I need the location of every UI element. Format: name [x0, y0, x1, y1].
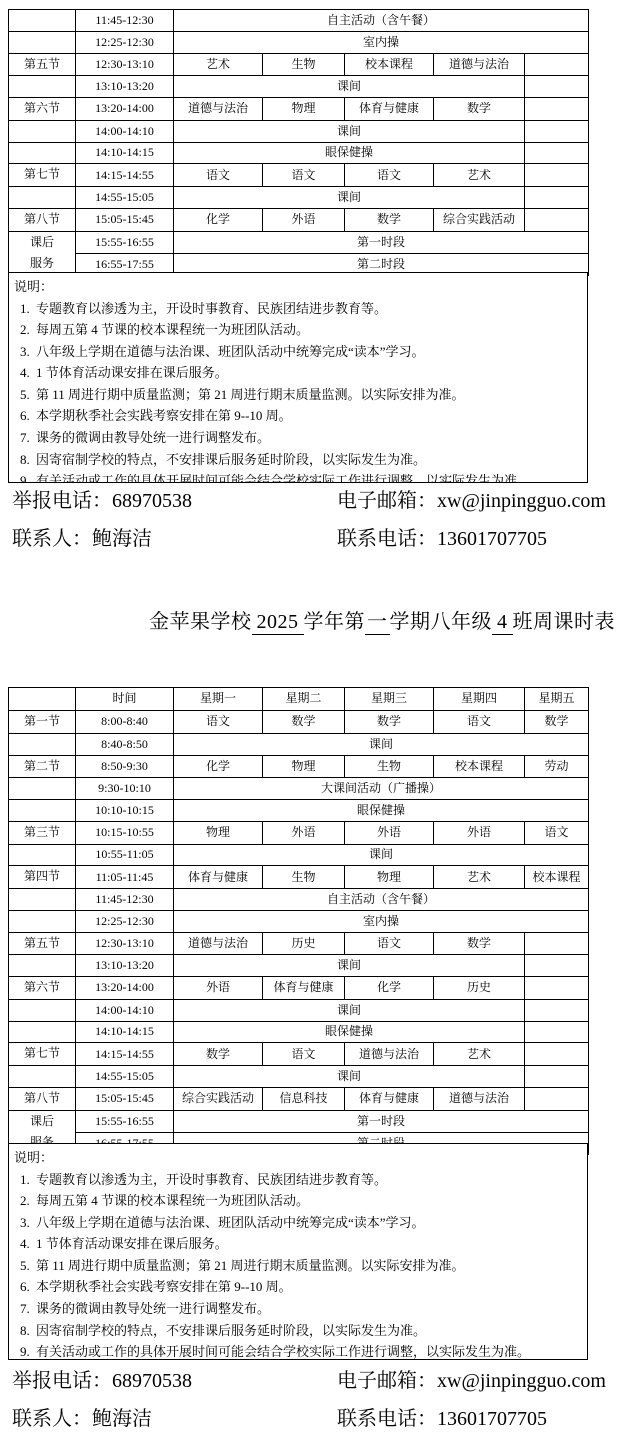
subject-cell: 校本课程 — [345, 53, 434, 76]
contact-block-top: 举报电话：68970538 电子邮箱：xw@jinpingguo.com 联系人… — [12, 490, 632, 566]
empty-cell — [525, 999, 589, 1021]
table-row: 12:25-12:30室内操 — [9, 910, 589, 932]
email-label: 电子邮箱： — [337, 490, 437, 512]
period-cell — [9, 999, 76, 1021]
contact-person: 联系人：鲍海洁 — [12, 1408, 152, 1430]
subject-cell: 数学 — [263, 711, 345, 734]
period-cell — [9, 1066, 76, 1088]
time-cell: 8:00-8:40 — [76, 711, 174, 734]
time-cell: 8:40-8:50 — [76, 733, 174, 755]
period-cell: 第四节 — [9, 866, 76, 889]
note-text: 1 节体育活动课安排在课后服务。 — [36, 1236, 228, 1251]
period-cell — [9, 844, 76, 866]
note-text: 每周五第 4 节课的校本课程统一为班团队活动。 — [36, 322, 309, 337]
header-row: 时间星期一星期二星期三星期四星期五 — [9, 688, 589, 711]
table-row: 14:55-15:05课间 — [9, 1066, 589, 1088]
subject-cell: 艺术 — [174, 53, 263, 76]
note-text: 有关活动或工作的具体开展时间可能会结合学校实际工作进行调整，以实际发生为准。 — [36, 473, 530, 483]
time-cell: 14:55-15:05 — [76, 1066, 174, 1088]
day-header-cell: 星期四 — [434, 688, 525, 711]
subject-cell: 数学 — [174, 1043, 263, 1066]
subject-cell: 体育与健康 — [345, 1087, 434, 1110]
subject-cell: 外语 — [263, 821, 345, 844]
time-cell: 12:30-13:10 — [76, 53, 174, 76]
subject-cell: 语文 — [263, 1043, 345, 1066]
table-row: 第二节8:50-9:30化学物理生物校本课程劳动 — [9, 755, 589, 778]
notes-box-top: 说明：1.专题教育以渗透为主，开设时事教育、民族团结进步教育等。2.每周五第 4… — [8, 272, 588, 483]
table-row: 14:55-15:05课间 — [9, 187, 589, 209]
activity-cell: 课间 — [174, 999, 525, 1021]
note-item: 4.1 节体育活动课安排在课后服务。 — [9, 362, 587, 384]
subject-cell: 综合实践活动 — [174, 1087, 263, 1110]
activity-cell: 课间 — [174, 120, 525, 142]
empty-cell — [525, 977, 589, 1000]
title-mid1: 学年第 — [304, 611, 366, 633]
table-row: 第三节10:15-10:55物理外语外语外语语文 — [9, 821, 589, 844]
subject-cell: 道德与法治 — [174, 98, 263, 121]
note-item: 3.八年级上学期在道德与法治课、班团队活动中统筹完成“读本”学习。 — [9, 341, 587, 363]
phone-label: 联系电话： — [337, 1408, 437, 1430]
note-text: 本学期秋季社会实践考察安排在第 9--10 周。 — [36, 408, 292, 423]
time-cell: 13:20-14:00 — [76, 977, 174, 1000]
period-cell — [9, 955, 76, 977]
activity-cell: 课间 — [174, 955, 525, 977]
table-row: 第六节13:20-14:00外语体育与健康化学历史 — [9, 977, 589, 1000]
subject-cell: 化学 — [345, 977, 434, 1000]
table-row: 第五节12:30-13:10道德与法治历史语文数学 — [9, 932, 589, 955]
table-row: 10:55-11:05课间 — [9, 844, 589, 866]
day-header-cell: 星期一 — [174, 688, 263, 711]
contact-row: 联系人：鲍海洁 联系电话：13601707705 — [12, 1408, 632, 1430]
person-value: 鲍海洁 — [92, 528, 152, 550]
contact-person: 联系人：鲍海洁 — [12, 528, 152, 550]
report-phone: 举报电话：68970538 — [12, 1370, 192, 1392]
subject-cell: 体育与健康 — [174, 866, 263, 889]
note-number: 5. — [20, 1255, 36, 1277]
time-header-cell: 时间 — [76, 688, 174, 711]
period-cell: 第六节 — [9, 977, 76, 1000]
corner-cell — [9, 688, 76, 711]
subject-cell: 数学 — [345, 711, 434, 734]
table-row: 11:45-12:30自主活动（含午餐） — [9, 889, 589, 911]
period-cell: 第二节 — [9, 755, 76, 778]
subject-cell: 外语 — [434, 821, 525, 844]
table-row: 第四节11:05-11:45体育与健康生物物理艺术校本课程 — [9, 866, 589, 889]
subject-cell: 语文 — [434, 711, 525, 734]
table-row: 14:00-14:10课间 — [9, 120, 589, 142]
day-header-cell: 星期三 — [345, 688, 434, 711]
title-term: 一 — [365, 611, 390, 635]
note-number: 7. — [20, 427, 36, 449]
time-cell: 14:15-14:55 — [76, 1043, 174, 1066]
subject-cell: 数学 — [345, 208, 434, 231]
subject-cell: 历史 — [263, 932, 345, 955]
title-class-no: 4 — [492, 611, 513, 635]
note-number: 6. — [20, 1276, 36, 1298]
report-phone: 举报电话：68970538 — [12, 490, 192, 512]
notes-heading: 说明： — [14, 276, 587, 298]
subject-cell: 艺术 — [434, 1043, 525, 1066]
activity-cell: 课间 — [174, 844, 589, 866]
page-title: 金苹果学校2025学年第一学期八年级4班周课时表 — [149, 605, 615, 634]
subject-cell: 数学 — [525, 711, 589, 734]
contact-row: 举报电话：68970538 电子邮箱：xw@jinpingguo.com — [12, 490, 632, 512]
period-cell — [9, 800, 76, 822]
subject-cell: 艺术 — [434, 866, 525, 889]
activity-cell: 室内操 — [174, 910, 589, 932]
subject-cell: 道德与法治 — [174, 932, 263, 955]
subject-cell: 生物 — [263, 866, 345, 889]
table-row: 14:00-14:10课间 — [9, 999, 589, 1021]
activity-cell: 课间 — [174, 733, 589, 755]
subject-cell: 外语 — [345, 821, 434, 844]
table-row: 第八节15:05-15:45化学外语数学综合实践活动 — [9, 208, 589, 231]
subject-cell: 历史 — [434, 977, 525, 1000]
note-text: 因寄宿制学校的特点，不安排课后服务延时阶段，以实际发生为准。 — [36, 1323, 426, 1338]
day-header-cell: 星期二 — [263, 688, 345, 711]
time-cell: 11:05-11:45 — [76, 866, 174, 889]
note-number: 2. — [20, 319, 36, 341]
contact-phone: 联系电话：13601707705 — [337, 1408, 547, 1430]
email-label: 电子邮箱： — [337, 1370, 437, 1392]
note-text: 因寄宿制学校的特点，不安排课后服务延时阶段，以实际发生为准。 — [36, 452, 426, 467]
day-header-cell: 星期五 — [525, 688, 589, 711]
note-item: 7.课务的微调由教导处统一进行调整发布。 — [9, 427, 587, 449]
subject-cell: 物理 — [263, 755, 345, 778]
note-text: 专题教育以渗透为主，开设时事教育、民族团结进步教育等。 — [36, 301, 387, 316]
subject-cell: 道德与法治 — [434, 53, 525, 76]
note-number: 3. — [20, 1212, 36, 1234]
subject-cell: 综合实践活动 — [434, 208, 525, 231]
subject-cell: 数学 — [434, 98, 525, 121]
activity-cell: 课间 — [174, 1066, 525, 1088]
table-row: 课后服务15:55-16:55第一时段 — [9, 1110, 589, 1132]
table-row: 第五节12:30-13:10艺术生物校本课程道德与法治 — [9, 53, 589, 76]
note-number: 8. — [20, 449, 36, 471]
note-number: 7. — [20, 1298, 36, 1320]
contact-block-bottom: 举报电话：68970538 电子邮箱：xw@jinpingguo.com 联系人… — [12, 1370, 632, 1441]
note-number: 5. — [20, 384, 36, 406]
contact-row: 联系人：鲍海洁 联系电话：13601707705 — [12, 528, 632, 550]
note-item: 1.专题教育以渗透为主，开设时事教育、民族团结进步教育等。 — [9, 298, 587, 320]
activity-cell: 第一时段 — [174, 231, 589, 253]
person-label: 联系人： — [12, 1408, 92, 1430]
table-row: 12:25-12:30室内操 — [9, 31, 589, 53]
activity-cell: 眼保健操 — [174, 1021, 525, 1043]
subject-cell: 语文 — [525, 821, 589, 844]
time-cell: 15:55-16:55 — [76, 1110, 174, 1132]
activity-cell: 自主活动（含午餐） — [174, 10, 589, 32]
period-cell: 课后服务 — [9, 231, 76, 275]
time-cell: 15:05-15:45 — [76, 1087, 174, 1110]
time-cell: 12:25-12:30 — [76, 31, 174, 53]
empty-cell — [525, 76, 589, 98]
subject-cell: 语文 — [345, 932, 434, 955]
timetable-main: 时间星期一星期二星期三星期四星期五第一节8:00-8:40语文数学数学语文数学8… — [8, 687, 589, 1155]
note-item: 9.有关活动或工作的具体开展时间可能会结合学校实际工作进行调整，以实际发生为准。 — [9, 1341, 587, 1360]
period-cell: 第五节 — [9, 53, 76, 76]
empty-cell — [525, 955, 589, 977]
subject-cell: 信息科技 — [263, 1087, 345, 1110]
note-text: 课务的微调由教导处统一进行调整发布。 — [36, 430, 270, 445]
time-cell: 9:30-10:10 — [76, 778, 174, 800]
time-cell: 15:55-16:55 — [76, 231, 174, 253]
table-row: 9:30-10:10大课间活动（广播操） — [9, 778, 589, 800]
time-cell: 14:00-14:10 — [76, 120, 174, 142]
subject-cell: 数学 — [434, 932, 525, 955]
subject-cell: 语文 — [174, 711, 263, 734]
activity-cell: 大课间活动（广播操） — [174, 778, 589, 800]
note-text: 每周五第 4 节课的校本课程统一为班团队活动。 — [36, 1193, 309, 1208]
note-number: 2. — [20, 1190, 36, 1212]
subject-cell: 外语 — [174, 977, 263, 1000]
activity-cell: 课间 — [174, 76, 525, 98]
note-item: 9.有关活动或工作的具体开展时间可能会结合学校实际工作进行调整，以实际发生为准。 — [9, 470, 587, 483]
note-item: 3.八年级上学期在道德与法治课、班团队活动中统筹完成“读本”学习。 — [9, 1212, 587, 1234]
document-page: 11:45-12:30自主活动（含午餐）12:25-12:30室内操第五节12:… — [0, 0, 642, 1441]
period-cell: 第六节 — [9, 98, 76, 121]
subject-cell: 物理 — [263, 98, 345, 121]
report-phone-value: 68970538 — [112, 1370, 192, 1392]
note-number: 9. — [20, 1341, 36, 1360]
title-year: 2025 — [252, 611, 304, 635]
note-text: 课务的微调由教导处统一进行调整发布。 — [36, 1301, 270, 1316]
note-text: 八年级上学期在道德与法治课、班团队活动中统筹完成“读本”学习。 — [36, 344, 425, 359]
table-row: 第七节14:15-14:55数学语文道德与法治艺术 — [9, 1043, 589, 1066]
table-row: 第八节15:05-15:45综合实践活动信息科技体育与健康道德与法治 — [9, 1087, 589, 1110]
note-number: 1. — [20, 298, 36, 320]
note-item: 2.每周五第 4 节课的校本课程统一为班团队活动。 — [9, 319, 587, 341]
period-cell: 第七节 — [9, 1043, 76, 1066]
note-text: 第 11 周进行期中质量监测；第 21 周进行期末质量监测。以实际安排为准。 — [36, 1258, 465, 1273]
phone-label: 联系电话： — [337, 528, 437, 550]
subject-cell: 校本课程 — [434, 755, 525, 778]
activity-cell: 眼保健操 — [174, 800, 589, 822]
time-cell: 11:45-12:30 — [76, 889, 174, 911]
time-cell: 13:10-13:20 — [76, 76, 174, 98]
subject-cell: 道德与法治 — [434, 1087, 525, 1110]
subject-cell: 劳动 — [525, 755, 589, 778]
subject-cell: 体育与健康 — [345, 98, 434, 121]
report-phone-label: 举报电话： — [12, 490, 112, 512]
period-cell — [9, 778, 76, 800]
empty-cell — [525, 120, 589, 142]
subject-cell: 语文 — [345, 164, 434, 187]
note-item: 2.每周五第 4 节课的校本课程统一为班团队活动。 — [9, 1190, 587, 1212]
phone-value: 13601707705 — [437, 528, 547, 550]
empty-cell — [525, 1043, 589, 1066]
email-value: xw@jinpingguo.com — [437, 490, 606, 512]
table-row: 14:10-14:15眼保健操 — [9, 142, 589, 164]
period-cell: 第七节 — [9, 164, 76, 187]
time-cell: 14:15-14:55 — [76, 164, 174, 187]
empty-cell — [525, 187, 589, 209]
note-number: 4. — [20, 1233, 36, 1255]
subject-cell: 外语 — [263, 208, 345, 231]
period-cell: 第八节 — [9, 1087, 76, 1110]
note-number: 9. — [20, 470, 36, 483]
time-cell: 14:00-14:10 — [76, 999, 174, 1021]
subject-cell: 校本课程 — [525, 866, 589, 889]
contact-phone: 联系电话：13601707705 — [337, 528, 547, 550]
note-item: 6.本学期秋季社会实践考察安排在第 9--10 周。 — [9, 1276, 587, 1298]
title-prefix: 金苹果学校 — [149, 611, 252, 633]
period-cell — [9, 889, 76, 911]
period-cell: 第五节 — [9, 932, 76, 955]
email: 电子邮箱：xw@jinpingguo.com — [337, 1370, 606, 1392]
subject-cell: 语文 — [263, 164, 345, 187]
time-cell: 10:55-11:05 — [76, 844, 174, 866]
period-cell: 第一节 — [9, 711, 76, 734]
email: 电子邮箱：xw@jinpingguo.com — [337, 490, 606, 512]
title-mid2: 学期八年级 — [390, 611, 493, 633]
note-number: 3. — [20, 341, 36, 363]
time-cell: 12:25-12:30 — [76, 910, 174, 932]
time-cell: 13:20-14:00 — [76, 98, 174, 121]
empty-cell — [525, 208, 589, 231]
note-text: 本学期秋季社会实践考察安排在第 9--10 周。 — [36, 1279, 292, 1294]
subject-cell: 物理 — [174, 821, 263, 844]
table-row: 13:10-13:20课间 — [9, 76, 589, 98]
time-cell: 8:50-9:30 — [76, 755, 174, 778]
note-item: 8.因寄宿制学校的特点，不安排课后服务延时阶段，以实际发生为准。 — [9, 1320, 587, 1342]
empty-cell — [525, 164, 589, 187]
time-cell: 14:55-15:05 — [76, 187, 174, 209]
person-label: 联系人： — [12, 528, 92, 550]
subject-cell: 化学 — [174, 208, 263, 231]
table-row: 10:10-10:15眼保健操 — [9, 800, 589, 822]
period-cell — [9, 187, 76, 209]
email-value: xw@jinpingguo.com — [437, 1370, 606, 1392]
note-item: 8.因寄宿制学校的特点，不安排课后服务延时阶段，以实际发生为准。 — [9, 449, 587, 471]
empty-cell — [525, 1021, 589, 1043]
note-item: 5.第 11 周进行期中质量监测；第 21 周进行期末质量监测。以实际安排为准。 — [9, 384, 587, 406]
time-cell: 10:10-10:15 — [76, 800, 174, 822]
note-item: 5.第 11 周进行期中质量监测；第 21 周进行期末质量监测。以实际安排为准。 — [9, 1255, 587, 1277]
subject-cell: 语文 — [174, 164, 263, 187]
empty-cell — [525, 932, 589, 955]
period-cell — [9, 10, 76, 32]
table-row: 11:45-12:30自主活动（含午餐） — [9, 10, 589, 32]
note-text: 第 11 周进行期中质量监测；第 21 周进行期末质量监测。以实际安排为准。 — [36, 387, 465, 402]
table-row: 课后服务15:55-16:55第一时段 — [9, 231, 589, 253]
note-text: 专题教育以渗透为主，开设时事教育、民族团结进步教育等。 — [36, 1172, 387, 1187]
subject-cell: 物理 — [345, 866, 434, 889]
report-phone-value: 68970538 — [112, 490, 192, 512]
activity-cell: 眼保健操 — [174, 142, 525, 164]
phone-value: 13601707705 — [437, 1408, 547, 1430]
activity-cell: 室内操 — [174, 31, 589, 53]
notes-box-bottom: 说明：1.专题教育以渗透为主，开设时事教育、民族团结进步教育等。2.每周五第 4… — [8, 1143, 588, 1360]
period-cell — [9, 76, 76, 98]
table-row: 第六节13:20-14:00道德与法治物理体育与健康数学 — [9, 98, 589, 121]
empty-cell — [525, 53, 589, 76]
subject-cell: 化学 — [174, 755, 263, 778]
contact-row: 举报电话：68970538 电子邮箱：xw@jinpingguo.com — [12, 1370, 632, 1392]
note-item: 7.课务的微调由教导处统一进行调整发布。 — [9, 1298, 587, 1320]
subject-cell: 生物 — [263, 53, 345, 76]
table-row: 14:10-14:15眼保健操 — [9, 1021, 589, 1043]
time-cell: 12:30-13:10 — [76, 932, 174, 955]
person-value: 鲍海洁 — [92, 1408, 152, 1430]
subject-cell: 艺术 — [434, 164, 525, 187]
time-cell: 10:15-10:55 — [76, 821, 174, 844]
period-cell: 第三节 — [9, 821, 76, 844]
empty-cell — [525, 1066, 589, 1088]
period-cell — [9, 142, 76, 164]
period-cell — [9, 910, 76, 932]
period-cell: 第八节 — [9, 208, 76, 231]
time-cell: 13:10-13:20 — [76, 955, 174, 977]
activity-cell: 第一时段 — [174, 1110, 589, 1132]
period-cell — [9, 1021, 76, 1043]
table-row: 第七节14:15-14:55语文语文语文艺术 — [9, 164, 589, 187]
note-item: 1.专题教育以渗透为主，开设时事教育、民族团结进步教育等。 — [9, 1169, 587, 1191]
note-item: 6.本学期秋季社会实践考察安排在第 9--10 周。 — [9, 405, 587, 427]
subject-cell: 体育与健康 — [263, 977, 345, 1000]
time-cell: 15:05-15:45 — [76, 208, 174, 231]
note-text: 有关活动或工作的具体开展时间可能会结合学校实际工作进行调整，以实际发生为准。 — [36, 1344, 530, 1359]
period-cell — [9, 733, 76, 755]
title-suffix: 班周课时表 — [513, 611, 616, 633]
activity-cell: 自主活动（含午餐） — [174, 889, 589, 911]
period-cell — [9, 31, 76, 53]
note-text: 1 节体育活动课安排在课后服务。 — [36, 365, 228, 380]
note-item: 4.1 节体育活动课安排在课后服务。 — [9, 1233, 587, 1255]
subject-cell: 道德与法治 — [345, 1043, 434, 1066]
empty-cell — [525, 98, 589, 121]
table-row: 13:10-13:20课间 — [9, 955, 589, 977]
table-row: 8:40-8:50课间 — [9, 733, 589, 755]
note-number: 1. — [20, 1169, 36, 1191]
timetable-top-partial: 11:45-12:30自主活动（含午餐）12:25-12:30室内操第五节12:… — [8, 9, 589, 276]
time-cell: 11:45-12:30 — [76, 10, 174, 32]
time-cell: 14:10-14:15 — [76, 1021, 174, 1043]
empty-cell — [525, 142, 589, 164]
period-cell — [9, 120, 76, 142]
note-number: 4. — [20, 362, 36, 384]
note-text: 八年级上学期在道德与法治课、班团队活动中统筹完成“读本”学习。 — [36, 1215, 425, 1230]
empty-cell — [525, 1087, 589, 1110]
note-number: 6. — [20, 405, 36, 427]
report-phone-label: 举报电话： — [12, 1370, 112, 1392]
table-row: 第一节8:00-8:40语文数学数学语文数学 — [9, 711, 589, 734]
subject-cell: 生物 — [345, 755, 434, 778]
note-number: 8. — [20, 1320, 36, 1342]
activity-cell: 课间 — [174, 187, 525, 209]
notes-heading: 说明： — [14, 1147, 587, 1169]
time-cell: 14:10-14:15 — [76, 142, 174, 164]
